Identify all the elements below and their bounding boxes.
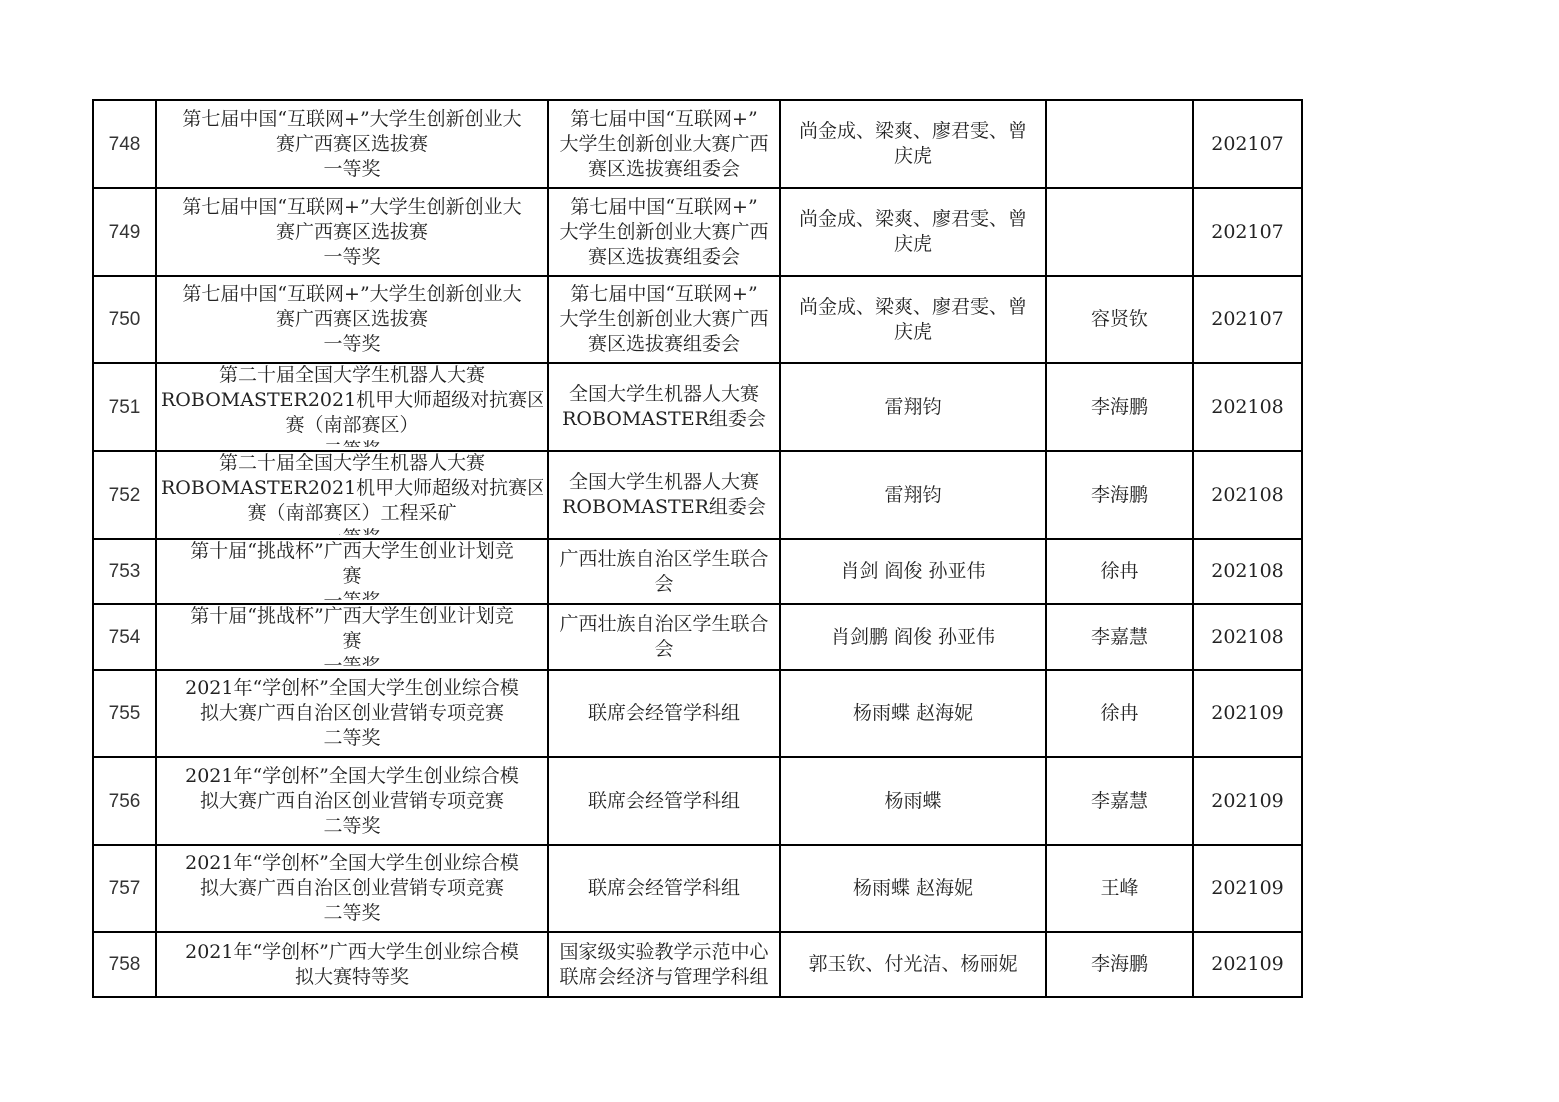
students-line: 雷翔钧 xyxy=(785,483,1041,508)
award-name-line: 赛（南部赛区）工程采矿 xyxy=(161,501,543,526)
table-row: 748第七届中国“互联网+”大学生创新创业大赛广西赛区选拔赛一等奖第七届中国“互… xyxy=(93,100,1302,188)
organizer-line: 第七届中国“互联网+” xyxy=(553,282,775,307)
students-line: 肖剑 阎俊 孙亚伟 xyxy=(785,559,1041,584)
organizer-line: 广西壮族自治区学生联合 xyxy=(553,547,775,572)
award-name-line: 赛（南部赛区） xyxy=(161,413,543,438)
award-name-line: 拟大赛广西自治区创业营销专项竞赛 xyxy=(161,876,543,901)
award-date: 202108 xyxy=(1211,560,1284,582)
row-number: 748 xyxy=(109,134,141,155)
teacher-name: 李海鹏 xyxy=(1091,953,1148,975)
teacher-name: 李嘉慧 xyxy=(1091,626,1148,648)
row-number: 753 xyxy=(109,561,141,582)
date-cell: 202108 xyxy=(1193,604,1302,670)
students-line: 庆虎 xyxy=(785,320,1041,345)
award-name-cell: 2021年“学创杯”广西大学生创业综合模拟大赛特等奖 xyxy=(156,932,548,997)
award-name-line: 二等奖 xyxy=(161,814,543,839)
organizer-line: 赛区选拔赛组委会 xyxy=(553,332,775,357)
award-date: 202107 xyxy=(1211,221,1284,243)
students-line: 庆虎 xyxy=(785,144,1041,169)
organizer-cell: 联席会经管学科组 xyxy=(548,757,780,845)
teacher-name: 徐冉 xyxy=(1100,702,1138,724)
row-number-cell: 754 xyxy=(93,604,156,670)
row-number: 757 xyxy=(109,878,141,899)
date-cell: 202108 xyxy=(1193,451,1302,539)
organizer-cell: 联席会经管学科组 xyxy=(548,670,780,757)
award-name-line: 2021年“学创杯”全国大学生创业综合模 xyxy=(161,764,543,789)
students-line: 杨雨蝶 赵海妮 xyxy=(785,876,1041,901)
students-line: 肖剑鹏 阎俊 孙亚伟 xyxy=(785,625,1041,650)
organizer-cell: 全国大学生机器人大赛ROBOMASTER组委会 xyxy=(548,363,780,451)
organizer-line: 国家级实验教学示范中心 xyxy=(553,940,775,965)
award-name-line: 二等奖 xyxy=(161,901,543,926)
students-line: 尚金成、梁爽、廖君雯、曾 xyxy=(785,295,1041,320)
awards-table: 748第七届中国“互联网+”大学生创新创业大赛广西赛区选拔赛一等奖第七届中国“互… xyxy=(92,99,1303,998)
award-name-cell: 第七届中国“互联网+”大学生创新创业大赛广西赛区选拔赛一等奖 xyxy=(156,276,548,363)
students-line: 杨雨蝶 赵海妮 xyxy=(785,701,1041,726)
teacher-cell: 李海鹏 xyxy=(1046,451,1193,539)
table-row: 750第七届中国“互联网+”大学生创新创业大赛广西赛区选拔赛一等奖第七届中国“互… xyxy=(93,276,1302,363)
award-name-cell: 2021年“学创杯”全国大学生创业综合模拟大赛广西自治区创业营销专项竞赛二等奖 xyxy=(156,845,548,932)
organizer-line: 大学生创新创业大赛广西 xyxy=(553,220,775,245)
award-date: 202109 xyxy=(1211,953,1284,975)
organizer-line: 联席会经管学科组 xyxy=(553,789,775,814)
award-name-line: ROBOMASTER2021机甲大师超级对抗赛区域 xyxy=(161,476,543,501)
students-cell: 尚金成、梁爽、廖君雯、曾庆虎 xyxy=(780,188,1046,276)
award-name-line: 一等奖 xyxy=(161,589,543,600)
award-name-cell: 2021年“学创杯”全国大学生创业综合模拟大赛广西自治区创业营销专项竞赛二等奖 xyxy=(156,757,548,845)
teacher-name: 徐冉 xyxy=(1100,560,1138,582)
organizer-cell: 联席会经管学科组 xyxy=(548,845,780,932)
award-date: 202108 xyxy=(1211,484,1284,506)
students-line: 尚金成、梁爽、廖君雯、曾 xyxy=(785,207,1041,232)
table-row: 749第七届中国“互联网+”大学生创新创业大赛广西赛区选拔赛一等奖第七届中国“互… xyxy=(93,188,1302,276)
students-cell: 雷翔钧 xyxy=(780,363,1046,451)
row-number-cell: 750 xyxy=(93,276,156,363)
teacher-cell: 李嘉慧 xyxy=(1046,604,1193,670)
award-name-cell: 第十届“挑战杯”广西大学生创业计划竞赛一等奖 xyxy=(156,604,548,670)
students-line: 杨雨蝶 xyxy=(785,789,1041,814)
award-name-line: 第二十届全国大学生机器人大赛 xyxy=(161,451,543,476)
date-cell: 202107 xyxy=(1193,188,1302,276)
award-name-line: 第七届中国“互联网+”大学生创新创业大 xyxy=(161,195,543,220)
award-name-line: 一等奖 xyxy=(161,157,543,182)
award-name-line: 第七届中国“互联网+”大学生创新创业大 xyxy=(161,107,543,132)
row-number-cell: 758 xyxy=(93,932,156,997)
date-cell: 202109 xyxy=(1193,932,1302,997)
awards-table-body: 748第七届中国“互联网+”大学生创新创业大赛广西赛区选拔赛一等奖第七届中国“互… xyxy=(93,100,1302,997)
students-cell: 雷翔钧 xyxy=(780,451,1046,539)
row-number-cell: 748 xyxy=(93,100,156,188)
organizer-line: 全国大学生机器人大赛 xyxy=(553,470,775,495)
award-name-line: 2021年“学创杯”全国大学生创业综合模 xyxy=(161,851,543,876)
row-number: 756 xyxy=(109,791,141,812)
award-date: 202107 xyxy=(1211,308,1284,330)
organizer-line: 联席会经济与管理学科组 xyxy=(553,965,775,990)
organizer-line: 广西壮族自治区学生联合 xyxy=(553,612,775,637)
organizer-line: 联席会经管学科组 xyxy=(553,876,775,901)
organizer-line: 会 xyxy=(553,572,775,597)
teacher-cell: 容贤钦 xyxy=(1046,276,1193,363)
row-number-cell: 752 xyxy=(93,451,156,539)
organizer-line: 第七届中国“互联网+” xyxy=(553,107,775,132)
award-date: 202108 xyxy=(1211,626,1284,648)
award-name-cell: 第二十届全国大学生机器人大赛ROBOMASTER2021机甲大师超级对抗赛区域赛… xyxy=(156,451,548,539)
award-name-line: 二等奖 xyxy=(161,438,543,447)
teacher-cell xyxy=(1046,100,1193,188)
award-date: 202108 xyxy=(1211,396,1284,418)
students-cell: 杨雨蝶 赵海妮 xyxy=(780,845,1046,932)
row-number-cell: 753 xyxy=(93,539,156,604)
students-cell: 郭玉钦、付光洁、杨丽妮 xyxy=(780,932,1046,997)
organizer-cell: 广西壮族自治区学生联合会 xyxy=(548,539,780,604)
row-number: 750 xyxy=(109,309,141,330)
organizer-cell: 第七届中国“互联网+”大学生创新创业大赛广西赛区选拔赛组委会 xyxy=(548,100,780,188)
date-cell: 202109 xyxy=(1193,845,1302,932)
row-number: 751 xyxy=(109,397,141,418)
teacher-cell: 徐冉 xyxy=(1046,539,1193,604)
award-name-line: 拟大赛广西自治区创业营销专项竞赛 xyxy=(161,701,543,726)
organizer-line: 第七届中国“互联网+” xyxy=(553,195,775,220)
award-name-cell: 第二十届全国大学生机器人大赛ROBOMASTER2021机甲大师超级对抗赛区域赛… xyxy=(156,363,548,451)
table-row: 754第十届“挑战杯”广西大学生创业计划竞赛一等奖广西壮族自治区学生联合会肖剑鹏… xyxy=(93,604,1302,670)
award-name-line: 2021年“学创杯”全国大学生创业综合模 xyxy=(161,676,543,701)
award-name-cell: 第十届“挑战杯”广西大学生创业计划竞赛一等奖 xyxy=(156,539,548,604)
award-date: 202109 xyxy=(1211,877,1284,899)
date-cell: 202107 xyxy=(1193,100,1302,188)
students-cell: 杨雨蝶 赵海妮 xyxy=(780,670,1046,757)
row-number-cell: 757 xyxy=(93,845,156,932)
organizer-cell: 全国大学生机器人大赛ROBOMASTER组委会 xyxy=(548,451,780,539)
row-number-cell: 755 xyxy=(93,670,156,757)
award-name-cell: 第七届中国“互联网+”大学生创新创业大赛广西赛区选拔赛一等奖 xyxy=(156,100,548,188)
table-row: 751第二十届全国大学生机器人大赛ROBOMASTER2021机甲大师超级对抗赛… xyxy=(93,363,1302,451)
table-row: 7552021年“学创杯”全国大学生创业综合模拟大赛广西自治区创业营销专项竞赛二… xyxy=(93,670,1302,757)
students-cell: 肖剑鹏 阎俊 孙亚伟 xyxy=(780,604,1046,670)
organizer-line: 联席会经管学科组 xyxy=(553,701,775,726)
award-date: 202107 xyxy=(1211,133,1284,155)
award-name-line: 第七届中国“互联网+”大学生创新创业大 xyxy=(161,282,543,307)
award-name-line: 赛 xyxy=(161,564,543,589)
organizer-line: 大学生创新创业大赛广西 xyxy=(553,307,775,332)
award-name-line: 赛 xyxy=(161,629,543,654)
row-number-cell: 751 xyxy=(93,363,156,451)
award-name-line: ROBOMASTER2021机甲大师超级对抗赛区域 xyxy=(161,388,543,413)
award-name-line: 一等奖 xyxy=(161,654,543,666)
award-name-line: 第二十届全国大学生机器人大赛 xyxy=(161,363,543,388)
students-line: 郭玉钦、付光洁、杨丽妮 xyxy=(785,952,1041,977)
organizer-line: 大学生创新创业大赛广西 xyxy=(553,132,775,157)
organizer-cell: 第七届中国“互联网+”大学生创新创业大赛广西赛区选拔赛组委会 xyxy=(548,276,780,363)
students-cell: 尚金成、梁爽、廖君雯、曾庆虎 xyxy=(780,100,1046,188)
teacher-cell: 王峰 xyxy=(1046,845,1193,932)
row-number: 758 xyxy=(109,954,141,975)
award-name-line: 赛广西赛区选拔赛 xyxy=(161,132,543,157)
row-number: 755 xyxy=(109,703,141,724)
teacher-cell: 李海鹏 xyxy=(1046,932,1193,997)
award-name-line: 拟大赛特等奖 xyxy=(161,965,543,990)
table-row: 752第二十届全国大学生机器人大赛ROBOMASTER2021机甲大师超级对抗赛… xyxy=(93,451,1302,539)
students-line: 庆虎 xyxy=(785,232,1041,257)
teacher-cell xyxy=(1046,188,1193,276)
row-number: 752 xyxy=(109,485,141,506)
document-page: 748第七届中国“互联网+”大学生创新创业大赛广西赛区选拔赛一等奖第七届中国“互… xyxy=(0,0,1559,1102)
organizer-line: 全国大学生机器人大赛 xyxy=(553,382,775,407)
award-date: 202109 xyxy=(1211,790,1284,812)
date-cell: 202107 xyxy=(1193,276,1302,363)
award-name-line: 一等奖 xyxy=(161,332,543,357)
organizer-line: ROBOMASTER组委会 xyxy=(553,495,775,520)
row-number-cell: 749 xyxy=(93,188,156,276)
award-name-cell: 2021年“学创杯”全国大学生创业综合模拟大赛广西自治区创业营销专项竞赛二等奖 xyxy=(156,670,548,757)
organizer-line: 会 xyxy=(553,637,775,662)
table-row: 7562021年“学创杯”全国大学生创业综合模拟大赛广西自治区创业营销专项竞赛二… xyxy=(93,757,1302,845)
award-name-line: 赛广西赛区选拔赛 xyxy=(161,220,543,245)
students-cell: 肖剑 阎俊 孙亚伟 xyxy=(780,539,1046,604)
award-name-line: 赛广西赛区选拔赛 xyxy=(161,307,543,332)
award-name-line: 2021年“学创杯”广西大学生创业综合模 xyxy=(161,940,543,965)
table-row: 753第十届“挑战杯”广西大学生创业计划竞赛一等奖广西壮族自治区学生联合会肖剑 … xyxy=(93,539,1302,604)
organizer-line: 赛区选拔赛组委会 xyxy=(553,157,775,182)
award-name-line: 第十届“挑战杯”广西大学生创业计划竞 xyxy=(161,604,543,629)
organizer-line: ROBOMASTER组委会 xyxy=(553,407,775,432)
students-line: 雷翔钧 xyxy=(785,395,1041,420)
award-date: 202109 xyxy=(1211,702,1284,724)
date-cell: 202108 xyxy=(1193,363,1302,451)
award-name-line: 拟大赛广西自治区创业营销专项竞赛 xyxy=(161,789,543,814)
organizer-cell: 国家级实验教学示范中心联席会经济与管理学科组 xyxy=(548,932,780,997)
organizer-line: 赛区选拔赛组委会 xyxy=(553,245,775,270)
award-name-line: 一等奖 xyxy=(161,526,543,535)
award-name-line: 二等奖 xyxy=(161,726,543,751)
award-name-line: 一等奖 xyxy=(161,245,543,270)
table-row: 7582021年“学创杯”广西大学生创业综合模拟大赛特等奖国家级实验教学示范中心… xyxy=(93,932,1302,997)
teacher-cell: 徐冉 xyxy=(1046,670,1193,757)
teacher-name: 王峰 xyxy=(1100,877,1138,899)
award-name-cell: 第七届中国“互联网+”大学生创新创业大赛广西赛区选拔赛一等奖 xyxy=(156,188,548,276)
date-cell: 202109 xyxy=(1193,757,1302,845)
row-number: 749 xyxy=(109,222,141,243)
teacher-cell: 李嘉慧 xyxy=(1046,757,1193,845)
students-cell: 杨雨蝶 xyxy=(780,757,1046,845)
row-number: 754 xyxy=(109,627,141,648)
date-cell: 202109 xyxy=(1193,670,1302,757)
organizer-cell: 第七届中国“互联网+”大学生创新创业大赛广西赛区选拔赛组委会 xyxy=(548,188,780,276)
row-number-cell: 756 xyxy=(93,757,156,845)
award-name-line: 第十届“挑战杯”广西大学生创业计划竞 xyxy=(161,539,543,564)
date-cell: 202108 xyxy=(1193,539,1302,604)
teacher-name: 李海鹏 xyxy=(1091,484,1148,506)
organizer-cell: 广西壮族自治区学生联合会 xyxy=(548,604,780,670)
teacher-cell: 李海鹏 xyxy=(1046,363,1193,451)
teacher-name: 容贤钦 xyxy=(1091,308,1148,330)
students-line: 尚金成、梁爽、廖君雯、曾 xyxy=(785,119,1041,144)
students-cell: 尚金成、梁爽、廖君雯、曾庆虎 xyxy=(780,276,1046,363)
table-row: 7572021年“学创杯”全国大学生创业综合模拟大赛广西自治区创业营销专项竞赛二… xyxy=(93,845,1302,932)
teacher-name: 李嘉慧 xyxy=(1091,790,1148,812)
teacher-name: 李海鹏 xyxy=(1091,396,1148,418)
